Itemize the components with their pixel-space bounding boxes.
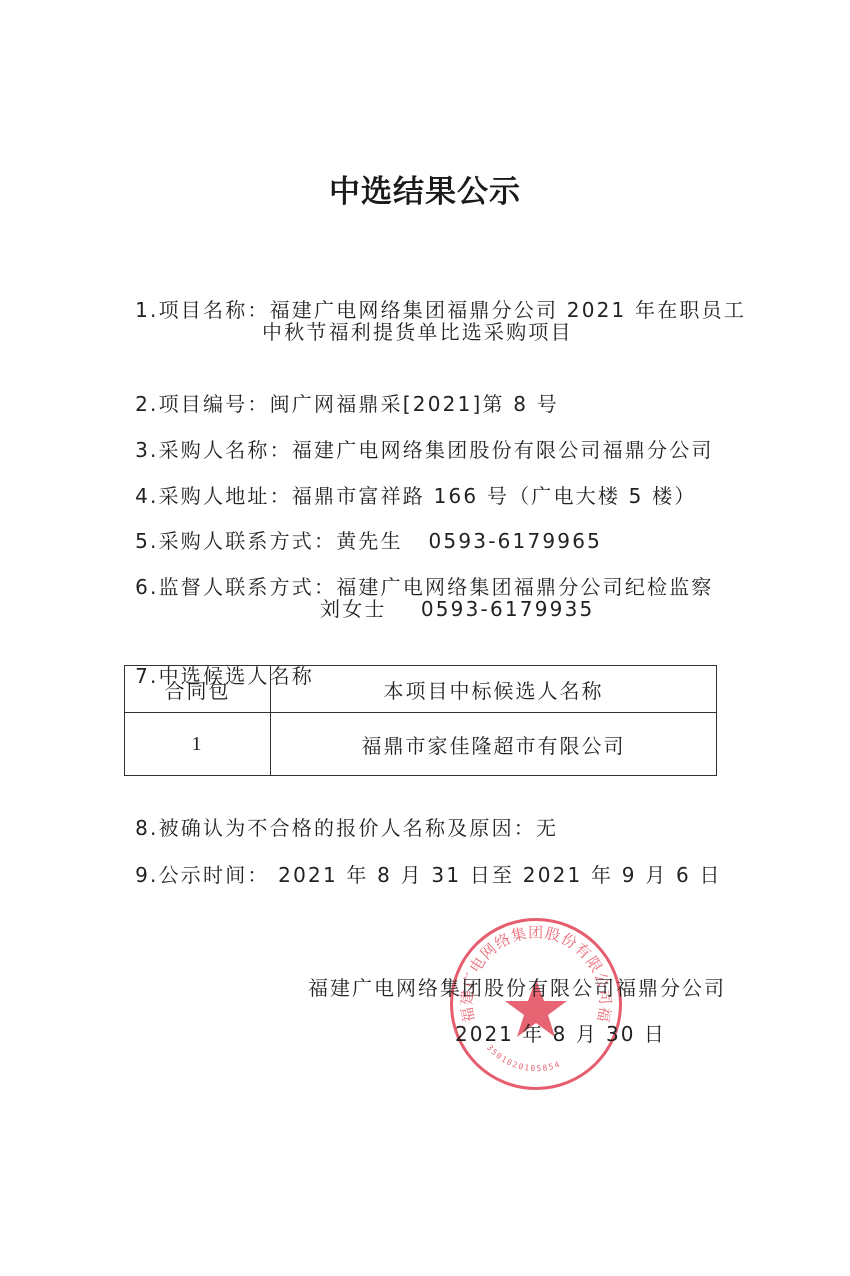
item-8: 8.被确认为不合格的报价人名称及原因：无 — [118, 788, 558, 841]
header-contract-package: 合同包 — [125, 666, 271, 713]
signature-date: 2021 年 8 月 30 日 — [455, 1018, 666, 1047]
item-6-label: 6.监督人联系方式： — [135, 575, 336, 599]
cell-package-number: 1 — [125, 713, 271, 776]
document-title: 中选结果公示 — [0, 166, 850, 211]
item-1-label: 1.项目名称： — [135, 298, 269, 322]
table-header-row: 合同包 本项目中标候选人名称 — [125, 666, 717, 713]
signature-organization: 福建广电网络集团股份有限公司福鼎分公司 — [308, 972, 726, 1001]
svg-text:3501020105854: 3501020105854 — [485, 1043, 562, 1073]
item-6-continued: 刘女士 0593-6179935 — [320, 593, 594, 622]
item-9-value: 2021 年 8 月 31 日至 2021 年 9 月 6 日 — [270, 863, 722, 887]
item-9: 9.公示时间： 2021 年 8 月 31 日至 2021 年 9 月 6 日 — [118, 835, 722, 888]
header-candidate-name: 本项目中标候选人名称 — [271, 666, 717, 713]
cell-candidate-name: 福鼎市家佳隆超市有限公司 — [271, 713, 717, 776]
official-seal: 福建广电网络集团股份有限公司福鼎分公司 3501020105854 — [450, 918, 622, 1090]
seal-star-icon: 福建广电网络集团股份有限公司福鼎分公司 3501020105854 — [453, 921, 619, 1087]
item-9-label: 9.公示时间： — [135, 863, 269, 887]
item-1-continued: 中秋节福利提货单比选采购项目 — [262, 316, 573, 345]
candidate-table: 合同包 本项目中标候选人名称 1 福鼎市家佳隆超市有限公司 — [124, 665, 717, 776]
table-row: 1 福鼎市家佳隆超市有限公司 — [125, 713, 717, 776]
